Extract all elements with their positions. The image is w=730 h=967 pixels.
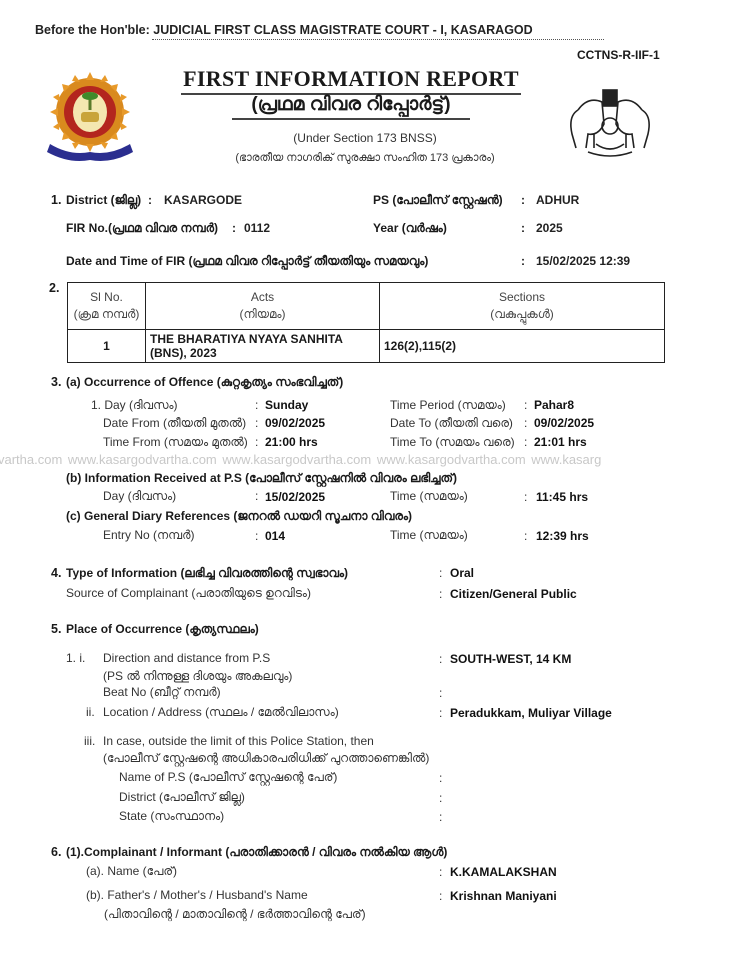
source-colon: :	[439, 587, 442, 601]
acts-table-header: Sl No.(ക്രമ നമ്പർ) Acts(നിയമം) Sections(…	[68, 283, 665, 330]
time-period-label: Time Period (സമയം)	[390, 398, 506, 413]
outside-state-colon: :	[439, 810, 442, 824]
beat-label: Beat No (ബീറ്റ് നമ്പർ)	[103, 685, 221, 700]
location-colon: :	[439, 706, 442, 720]
info-type-value: Oral	[450, 566, 474, 580]
place-heading: Place of Occurrence (കൃത്യസ്ഥലം)	[66, 622, 259, 637]
outside-district-colon: :	[439, 791, 442, 805]
recv-day-value: 15/02/2025	[265, 490, 325, 504]
date-from-value: 09/02/2025	[265, 416, 325, 430]
fir-datetime-colon: :	[521, 254, 525, 268]
col-acts: Acts(നിയമം)	[146, 283, 380, 330]
recv-day-label: Day (ദിവസം)	[103, 489, 176, 504]
court-name: JUDICIAL FIRST CLASS MAGISTRATE COURT - …	[153, 23, 532, 37]
fir-no-label: FIR No.(പ്രഥമ വിവര നമ്പർ)	[66, 221, 218, 236]
gd-time-label: Time (സമയം)	[390, 528, 468, 543]
time-from-value: 21:00 hrs	[265, 435, 318, 449]
page-title: FIRST INFORMATION REPORT	[181, 66, 521, 95]
gd-heading: (c) General Diary References (ജനറൽ ഡയറി …	[66, 509, 412, 524]
time-from-label: Time From (സമയം മുതൽ)	[103, 435, 248, 450]
ps-colon: :	[521, 193, 525, 207]
source-value: Citizen/General Public	[450, 587, 577, 601]
date-from-label: Date From (തീയതി മുതൽ)	[103, 416, 246, 431]
ps-label: PS (പോലീസ് സ്റ്റേഷൻ)	[373, 193, 503, 208]
occurrence-heading: (a) Occurrence of Offence (കുറ്റകൃത്യം സ…	[66, 375, 343, 390]
entry-no-value: 014	[265, 529, 285, 543]
ps-value: ADHUR	[536, 193, 579, 207]
info-type-colon: :	[439, 566, 442, 580]
court-dotted-underline	[152, 39, 604, 40]
parent-name-colon: :	[439, 889, 442, 903]
time-to-value: 21:01 hrs	[534, 435, 587, 449]
direction-value: SOUTH-WEST, 14 KM	[450, 652, 571, 666]
page-title-malayalam: (പ്രഥമ വിവര റിപ്പോർട്ട്)	[232, 94, 470, 120]
year-colon: :	[521, 221, 525, 235]
col-sl-no: Sl No.(ക്രമ നമ്പർ)	[68, 283, 146, 330]
item-i-number: 1. i.	[66, 651, 85, 665]
date-to-value: 09/02/2025	[534, 416, 594, 430]
info-type-label: Type of Information (ലഭിച്ച വിവരത്തിന്റെ…	[66, 566, 348, 581]
fir-datetime-label: Date and Time of FIR (പ്രഥമ വിവര റിപ്പോർ…	[66, 254, 428, 269]
district-value: KASARGODE	[164, 193, 242, 207]
date-from-colon: :	[255, 416, 258, 430]
entry-no-colon: :	[255, 529, 258, 543]
info-received-heading: (b) Information Received at P.S (പോലീസ് …	[66, 471, 457, 486]
time-to-colon: :	[524, 435, 527, 449]
fir-no-colon: :	[232, 221, 236, 235]
recv-time-colon: :	[524, 490, 527, 504]
time-to-label: Time To (സമയം വരെ)	[390, 435, 515, 450]
row-sl-no: 1	[68, 330, 146, 363]
watermark: vartha.com www.kasargodvartha.com www.ka…	[0, 452, 601, 467]
row-sections: 126(2),115(2)	[380, 330, 665, 363]
outside-ps-name-colon: :	[439, 771, 442, 785]
day-value: Sunday	[265, 398, 308, 412]
time-period-colon: :	[524, 398, 527, 412]
complainant-name-value: K.KAMALAKSHAN	[450, 865, 557, 879]
section-2-number: 2.	[49, 281, 59, 295]
gd-time-value: 12:39 hrs	[536, 529, 589, 543]
outside-label: In case, outside the limit of this Polic…	[103, 734, 374, 748]
item-ii-number: ii.	[86, 705, 95, 719]
col-sections: Sections(വകുപ്പുകൾ)	[380, 283, 665, 330]
acts-table: Sl No.(ക്രമ നമ്പർ) Acts(നിയമം) Sections(…	[67, 282, 665, 363]
section-5-number: 5.	[51, 622, 61, 636]
source-label: Source of Complainant (പരാതിയുടെ ഉറവിടം)	[66, 586, 311, 601]
court-line: Before the Hon'ble: JUDICIAL FIRST CLASS…	[35, 23, 533, 37]
section-6-number: 6.	[51, 845, 61, 859]
complainant-heading: (1).Complainant / Informant (പരാതിക്കാരൻ…	[66, 845, 447, 860]
outside-district-label: District (പോലീസ് ജില്ല)	[119, 790, 245, 805]
direction-colon: :	[439, 652, 442, 666]
beat-colon: :	[439, 686, 442, 700]
date-to-label: Date To (തീയതി വരെ)	[390, 416, 513, 431]
time-from-colon: :	[255, 435, 258, 449]
time-period-value: Pahar8	[534, 398, 574, 412]
recv-time-value: 11:45 hrs	[536, 490, 588, 504]
district-colon: :	[148, 193, 152, 207]
recv-day-colon: :	[255, 489, 258, 503]
year-value: 2025	[536, 221, 563, 235]
date-to-colon: :	[524, 416, 527, 430]
section-3-number: 3.	[51, 375, 61, 389]
court-prefix: Before the Hon'ble:	[35, 23, 150, 37]
direction-label-ml: (PS ൽ നിന്നുള്ള ദിശയും അകലവും)	[103, 669, 292, 684]
recv-time-label: Time (സമയം)	[390, 489, 468, 504]
outside-label-ml: (പോലീസ് സ്റ്റേഷന്റെ അധികാരപരിധിക്ക് പുറത…	[103, 751, 429, 766]
form-code: CCTNS-R-IIF-1	[577, 48, 660, 62]
parent-name-label-ml: (പിതാവിന്റെ / മാതാവിന്റെ / ഭർത്താവിന്റെ …	[104, 907, 366, 922]
section-4-number: 4.	[51, 566, 61, 580]
gd-time-colon: :	[524, 529, 527, 543]
district-label: District (ജില്ല)	[66, 193, 141, 208]
parent-name-value: Krishnan Maniyani	[450, 889, 557, 903]
location-value: Peradukkam, Muliyar Village	[450, 706, 612, 720]
outside-state-label: State (സംസ്ഥാനം)	[119, 809, 224, 824]
complainant-name-colon: :	[439, 865, 442, 879]
outside-ps-name-label: Name of P.S (പോലീസ് സ്റ്റേഷന്റെ പേര്)	[119, 770, 337, 785]
day-colon: :	[255, 398, 258, 412]
complainant-name-label: (a). Name (പേര്)	[86, 864, 177, 879]
parent-name-label: (b). Father's / Mother's / Husband's Nam…	[86, 888, 308, 902]
location-label: Location / Address (സ്ഥലം / മേൽവിലാസം)	[103, 705, 339, 720]
fir-no-value: 0112	[244, 221, 270, 235]
direction-label: Direction and distance from P.S	[103, 651, 270, 665]
section-1-number: 1.	[51, 193, 61, 207]
year-label: Year (വർഷം)	[373, 221, 447, 236]
fir-datetime-value: 15/02/2025 12:39	[536, 254, 630, 268]
kerala-state-emblem-icon	[558, 82, 662, 160]
entry-no-label: Entry No (നമ്പർ)	[103, 528, 195, 543]
row-act: THE BHARATIYA NYAYA SANHITA (BNS), 2023	[146, 330, 380, 363]
item-iii-number: iii.	[84, 734, 95, 748]
day-label: 1. Day (ദിവസം)	[91, 398, 178, 413]
table-row: 1 THE BHARATIYA NYAYA SANHITA (BNS), 202…	[68, 330, 665, 363]
kerala-police-emblem-icon	[45, 72, 135, 164]
